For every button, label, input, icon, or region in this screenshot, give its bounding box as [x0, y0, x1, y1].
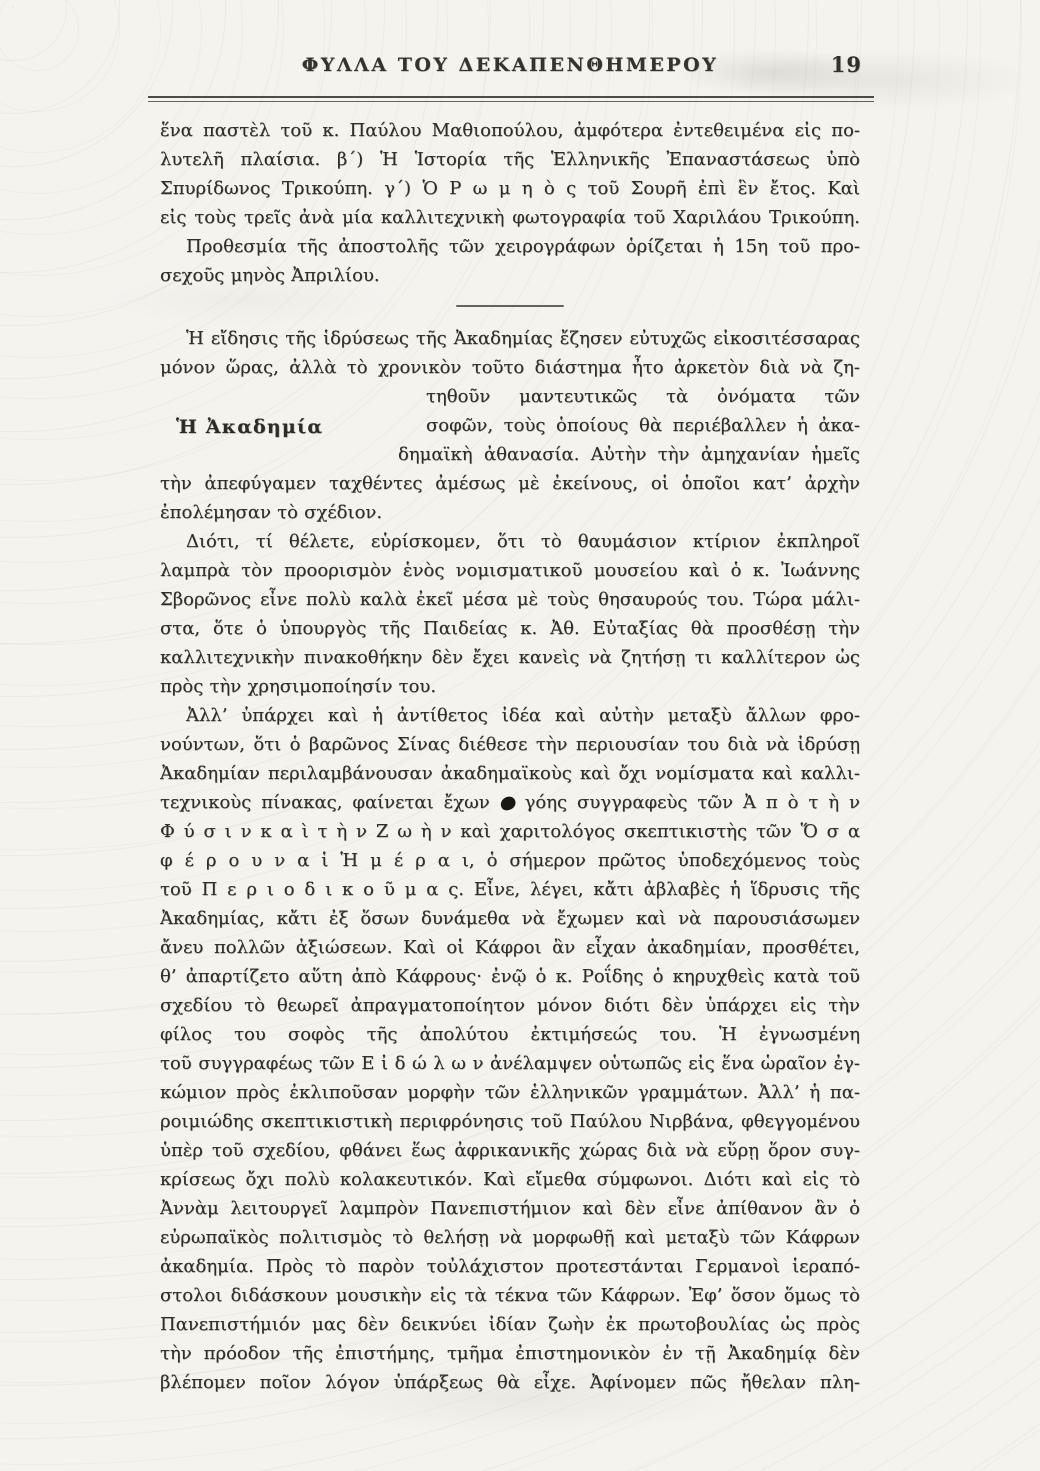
page-number: 19 — [831, 52, 862, 77]
text-line: τὴν πρόοδον τῆς ἐπιστήμης, τμῆμα ἐπιστημ… — [160, 1339, 860, 1368]
text-segment: τεχνικοὺς πίνακας, φαίνεται ἔχων — [160, 792, 490, 813]
ink-blot-artifact — [499, 795, 517, 812]
text-line: Ἀννὰμ λειτουργεῖ λαμπρὸν Πανεπιστήμιον κ… — [160, 1194, 860, 1223]
text-line: τοῦ συγγραφέως τῶν Ε ἰ δ ώ λ ω ν ἀνέλαμψ… — [160, 1049, 860, 1078]
text-line: στα, ὅτε ὁ ὑπουργὸς τῆς Παιδείας κ. Ἀθ. … — [160, 614, 860, 643]
text-line: φίλος του σοφὸς τῆς ἀπολύτου ἐκτιμήσεώς … — [160, 1020, 860, 1049]
paragraph-2: Προθεσμία τῆς ἀποστολῆς τῶν χειρογράφων … — [160, 232, 860, 290]
text-line: δημαϊκὴ ἀθανασία. Αὐτὴν τὴν ἀμηχανίαν ἡμ… — [398, 440, 860, 469]
scanned-page: ΦΥΛΛΑ ΤΟΥ ΔΕΚΑΠΕΝΘΗΜΕΡΟΥ 19 ἕνα παστὲλ τ… — [0, 0, 1040, 1471]
page-header-title: ΦΥΛΛΑ ΤΟΥ ΔΕΚΑΠΕΝΘΗΜΕΡΟΥ — [160, 54, 860, 76]
text-line: ἕνα παστὲλ τοῦ κ. Παύλου Μαθιοπούλου, ἀμ… — [160, 116, 860, 145]
text-line: σοφῶν, τοὺς ὁποίους θὰ περιέβαλλεν ἡ ἀκα… — [426, 411, 860, 440]
text-line: τὴν ἀπεφύγαμεν ταχθέντες ἀμέσως μὲ ἐκείν… — [160, 469, 860, 498]
text-line: ροιμιώδης σκεπτικιστικὴ περιφρόνησις τοῦ… — [160, 1107, 860, 1136]
text-line: κρίσεως ὄχι πολὺ κολακευτικόν. Καὶ εἴμεθ… — [160, 1165, 860, 1194]
text-line: στολοι διδάσκουν μουσικὴν εἰς τὰ τέκνα τ… — [160, 1281, 860, 1310]
text-line: λαμπρὰ τὸν προορισμὸν ἑνὸς νομισματικοῦ … — [160, 556, 860, 585]
body-text: ἕνα παστὲλ τοῦ κ. Παύλου Μαθιοπούλου, ἀμ… — [160, 116, 860, 1397]
text-line: Ἡ εἴδησις τῆς ἱδρύσεως τῆς Ἀκαδημίας ἔζη… — [160, 324, 860, 353]
text-line: φ έ ρ ο υ ν α ἱ Ἡ μ έ ρ α ι, ὁ σήμερον π… — [160, 846, 860, 875]
text-line: θ’ ἀπαρτίζετο αὕτη ἀπὸ Κάφρους· ἐνῷ ὁ κ.… — [160, 962, 860, 991]
text-line: σχεδίου τὸ θεωρεῖ ἀπραγματοποίητον μόνον… — [160, 991, 860, 1020]
text-line: κώμιον πρὸς ἐκλιποῦσαν μορφὴν τῶν ἑλληνι… — [160, 1078, 860, 1107]
paragraph-4: Διότι, τί θέλετε, εὑρίσκομεν, ὅτι τὸ θαυ… — [160, 527, 860, 701]
text-line: Φ ύ σ ι ν κ α ὶ τ ὴ ν Ζ ω ὴ ν καὶ χαριτο… — [160, 817, 860, 846]
text-line-with-blot: τεχνικοὺς πίνακας, φαίνεται ἔχων γόης συ… — [160, 788, 860, 817]
sidehead-academy: Ἡ Ἀκαδημία — [176, 413, 323, 442]
text-line: Διότι, τί θέλετε, εὑρίσκομεν, ὅτι τὸ θαυ… — [160, 527, 860, 556]
text-line: μόνον ὥρας, ἀλλὰ τὸ χρονικὸν τοῦτο διάστ… — [160, 353, 860, 382]
text-line: τοῦ Π ε ρ ι ο δ ι κ ο ῦ μ α ς. Εἶνε, λέγ… — [160, 875, 860, 904]
header-rule — [148, 96, 874, 102]
page-header: ΦΥΛΛΑ ΤΟΥ ΔΕΚΑΠΕΝΘΗΜΕΡΟΥ 19 — [160, 46, 860, 86]
text-line: ὑπὲρ τοῦ σχεδίου, φθάνει ἕως ἀφρικανικῆς… — [160, 1136, 860, 1165]
section-divider — [456, 305, 564, 307]
text-line: πρὸς τὴν χρησιμοποίησίν του. — [160, 672, 860, 701]
text-line: Ἀκαδημίας, κἄτι ἐξ ὅσων δυνάμεθα νὰ ἔχωμ… — [160, 904, 860, 933]
text-line: ἐπολέμησαν τὸ σχέδιον. — [160, 498, 860, 527]
paragraph-5: Ἀλλ’ ὑπάρχει καὶ ἡ ἀντίθετος ἰδέα καὶ αὐ… — [160, 701, 860, 1397]
text-line: Σβορῶνος εἶνε πολὺ καλὰ ἐκεῖ μέσα μὲ τοὺ… — [160, 585, 860, 614]
text-line: εἰς τοὺς τρεῖς ἀνὰ μία καλλιτεχνικὴ φωτο… — [160, 203, 860, 232]
text-line: εὐρωπαϊκὸς πολιτισμὸς τὸ θελήσῃ νὰ μορφω… — [160, 1223, 860, 1252]
section-divider-row — [160, 290, 860, 324]
paragraph-1: ἕνα παστὲλ τοῦ κ. Παύλου Μαθιοπούλου, ἀμ… — [160, 116, 860, 232]
text-line: νούντων, ὅτι ὁ βαρῶνος Σίνας διέθεσε τὴν… — [160, 730, 860, 759]
text-line: καλλιτεχνικὴν πινακοθήκην δὲν ἔχει κανεὶ… — [160, 643, 860, 672]
text-line: Σπυρίδωνος Τρικούπη. γ΄) Ὁ Ρ ω μ η ὸ ς τ… — [160, 174, 860, 203]
text-line: ἀκαδημία. Πρὸς τὸ παρὸν τοὐλάχιστον προτ… — [160, 1252, 860, 1281]
text-segment: γόης συγγραφεὺς τῶν Ἀ π ὸ τ ὴ ν — [525, 792, 860, 813]
text-line: Ἀλλ’ ὑπάρχει καὶ ἡ ἀντίθετος ἰδέα καὶ αὐ… — [160, 701, 860, 730]
text-line: Πανεπιστήμιόν μας δὲν δεικνύει ἰδίαν ζωὴ… — [160, 1310, 860, 1339]
text-line: σεχοῦς μηνὸς Ἀπριλίου. — [160, 261, 860, 290]
text-line: βλέπομεν ποῖον λόγον ὑπάρξεως θὰ εἶχε. Ἀ… — [160, 1368, 860, 1397]
text-line: Ἀκαδημίαν περιλαμβάνουσαν ἀκαδημαϊκοὺς κ… — [160, 759, 860, 788]
paragraph-3: Ἡ Ἀκαδημία Ἡ εἴδησις τῆς ἱδρύσεως τῆς Ἀκ… — [160, 324, 860, 527]
text-line: Προθεσμία τῆς ἀποστολῆς τῶν χειρογράφων … — [160, 232, 860, 261]
text-line: ἄνευ πολλῶν ἀξιώσεων. Καὶ οἱ Κάφροι ἂν ε… — [160, 933, 860, 962]
text-line: λυτελῆ πλαίσια. β΄) Ἡ Ἱστορία τῆς Ἑλληνι… — [160, 145, 860, 174]
text-line: τηθοῦν μαντευτικῶς τὰ ὀνόματα τῶν Ἑλλήνω… — [426, 382, 860, 411]
